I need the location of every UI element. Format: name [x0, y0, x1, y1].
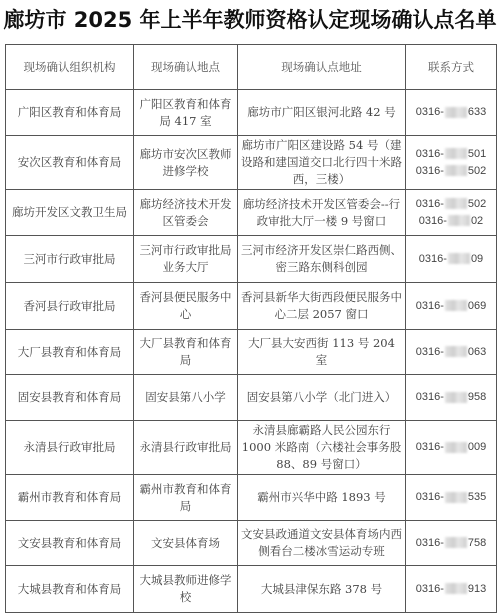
phone-number: 0316-009: [409, 439, 493, 456]
cell-place: 文安县体育场: [134, 521, 238, 566]
phone-suffix: 02: [471, 215, 483, 227]
cell-place: 霸州市教育和体育局: [134, 475, 238, 521]
cell-address: 三河市经济开发区崇仁路西侧、密三路东侧科创园: [238, 236, 406, 283]
cell-org: 文安县教育和体育局: [6, 521, 134, 566]
cell-contact: 0316-758: [406, 521, 497, 566]
phone-suffix: 758: [468, 537, 486, 549]
redacted-digits: [445, 148, 467, 159]
table-row: 大厂县教育和体育局大厂县教育和体育局大厂县大安西街 113 号 204 室031…: [6, 330, 497, 375]
phone-suffix: 502: [468, 198, 486, 210]
phone-prefix: 0316-: [416, 491, 444, 503]
phone-number: 0316-535: [409, 489, 493, 506]
cell-address: 永清县廊霸路人民公园东行 1000 米路南（六楼社会事务股 88、89 号窗口）: [238, 421, 406, 475]
cell-place: 香河县便民服务中心: [134, 283, 238, 330]
phone-number: 0316-09: [409, 251, 493, 268]
cell-contact: 0316-069: [406, 283, 497, 330]
cell-org: 廊坊开发区文教卫生局: [6, 190, 134, 236]
cell-org: 永清县行政审批局: [6, 421, 134, 475]
redacted-digits: [445, 392, 467, 403]
header-org: 现场确认组织机构: [6, 45, 134, 90]
table-row: 安次区教育和体育局廊坊市安次区教师进修学校廊坊市广阳区建设路 54 号（建设路和…: [6, 136, 497, 190]
cell-address: 香河县新华大街西段便民服务中心二层 2057 窗口: [238, 283, 406, 330]
phone-suffix: 535: [468, 491, 486, 503]
cell-contact: 0316-633: [406, 90, 497, 136]
phone-number: 0316-758: [409, 535, 493, 552]
phone-suffix: 063: [468, 346, 486, 358]
phone-number: 0316-913: [409, 581, 493, 598]
phone-suffix: 633: [468, 106, 486, 118]
cell-contact: 0316-5020316-02: [406, 190, 497, 236]
cell-place: 永清县行政审批局: [134, 421, 238, 475]
cell-place: 三河市行政审批局业务大厅: [134, 236, 238, 283]
phone-number: 0316-502: [409, 163, 493, 180]
cell-org: 大厂县教育和体育局: [6, 330, 134, 375]
phone-prefix: 0316-: [416, 106, 444, 118]
cell-place: 廊坊市安次区教师进修学校: [134, 136, 238, 190]
redacted-digits: [445, 442, 467, 453]
redacted-digits: [445, 346, 467, 357]
header-address: 现场确认点地址: [238, 45, 406, 90]
table-row: 固安县教育和体育局固安县第八小学固安县第八小学（北门进入）0316-958: [6, 375, 497, 421]
phone-prefix: 0316-: [416, 165, 444, 177]
table-row: 广阳区教育和体育局广阳区教育和体育局 417 室廊坊市广阳区银河北路 42 号0…: [6, 90, 497, 136]
header-contact: 联系方式: [406, 45, 497, 90]
phone-suffix: 913: [468, 583, 486, 595]
phone-prefix: 0316-: [416, 537, 444, 549]
redacted-digits: [445, 583, 467, 594]
phone-suffix: 501: [468, 148, 486, 160]
phone-prefix: 0316-: [416, 583, 444, 595]
phone-number: 0316-063: [409, 344, 493, 361]
cell-address: 廊坊市广阳区建设路 54 号（建设路和建国道交口北行四十米路西，三楼）: [238, 136, 406, 190]
redacted-digits: [445, 537, 467, 548]
table-row: 廊坊开发区文教卫生局廊坊经济技术开发区管委会廊坊经济技术开发区管委会--行政审批…: [6, 190, 497, 236]
phone-prefix: 0316-: [416, 346, 444, 358]
phone-suffix: 502: [468, 165, 486, 177]
phone-suffix: 09: [471, 253, 483, 265]
table-row: 霸州市教育和体育局霸州市教育和体育局霸州市兴华中路 1893 号0316-535: [6, 475, 497, 521]
redacted-digits: [448, 215, 470, 226]
cell-address: 文安县政通道文安县体育场内西侧看台二楼冰雪运动专班: [238, 521, 406, 566]
cell-contact: 0316-958: [406, 375, 497, 421]
redacted-digits: [445, 492, 467, 503]
redacted-digits: [445, 165, 467, 176]
cell-org: 霸州市教育和体育局: [6, 475, 134, 521]
phone-suffix: 069: [468, 300, 486, 312]
cell-address: 廊坊经济技术开发区管委会--行政审批大厅一楼 9 号窗口: [238, 190, 406, 236]
phone-suffix: 958: [468, 391, 486, 403]
phone-number: 0316-501: [409, 146, 493, 163]
cell-contact: 0316-009: [406, 421, 497, 475]
table-row: 三河市行政审批局三河市行政审批局业务大厅三河市经济开发区崇仁路西侧、密三路东侧科…: [6, 236, 497, 283]
redacted-digits: [448, 253, 470, 264]
phone-prefix: 0316-: [416, 441, 444, 453]
redacted-digits: [445, 198, 467, 209]
page-title: 廊坊市 2025 年上半年教师资格认定现场确认点名单: [0, 4, 500, 34]
cell-place: 大城县教师进修学校: [134, 566, 238, 613]
cell-org: 安次区教育和体育局: [6, 136, 134, 190]
phone-prefix: 0316-: [416, 148, 444, 160]
cell-address: 廊坊市广阳区银河北路 42 号: [238, 90, 406, 136]
phone-prefix: 0316-: [416, 391, 444, 403]
table-header-row: 现场确认组织机构 现场确认地点 现场确认点地址 联系方式: [6, 45, 497, 90]
cell-place: 固安县第八小学: [134, 375, 238, 421]
phone-suffix: 009: [468, 441, 486, 453]
cell-contact: 0316-913: [406, 566, 497, 613]
phone-prefix: 0316-: [419, 253, 447, 265]
cell-org: 广阳区教育和体育局: [6, 90, 134, 136]
cell-address: 固安县第八小学（北门进入）: [238, 375, 406, 421]
table-row: 香河县行政审批局香河县便民服务中心香河县新华大街西段便民服务中心二层 2057 …: [6, 283, 497, 330]
phone-number: 0316-502: [409, 196, 493, 213]
phone-number: 0316-02: [409, 213, 493, 230]
cell-org: 香河县行政审批局: [6, 283, 134, 330]
redacted-digits: [445, 300, 467, 311]
phone-number: 0316-958: [409, 389, 493, 406]
phone-number: 0316-069: [409, 298, 493, 315]
cell-contact: 0316-5010316-502: [406, 136, 497, 190]
phone-prefix: 0316-: [419, 215, 447, 227]
cell-address: 大厂县大安西街 113 号 204 室: [238, 330, 406, 375]
header-place: 现场确认地点: [134, 45, 238, 90]
confirmation-sites-table: 现场确认组织机构 现场确认地点 现场确认点地址 联系方式 广阳区教育和体育局广阳…: [5, 44, 497, 613]
phone-number: 0316-633: [409, 104, 493, 121]
cell-address: 霸州市兴华中路 1893 号: [238, 475, 406, 521]
cell-contact: 0316-063: [406, 330, 497, 375]
cell-contact: 0316-535: [406, 475, 497, 521]
cell-address: 大城县津保东路 378 号: [238, 566, 406, 613]
table-row: 大城县教育和体育局大城县教师进修学校大城县津保东路 378 号0316-913: [6, 566, 497, 613]
redacted-digits: [445, 107, 467, 118]
cell-org: 三河市行政审批局: [6, 236, 134, 283]
table-row: 永清县行政审批局永清县行政审批局永清县廊霸路人民公园东行 1000 米路南（六楼…: [6, 421, 497, 475]
cell-place: 广阳区教育和体育局 417 室: [134, 90, 238, 136]
cell-place: 大厂县教育和体育局: [134, 330, 238, 375]
cell-place: 廊坊经济技术开发区管委会: [134, 190, 238, 236]
phone-prefix: 0316-: [416, 198, 444, 210]
cell-org: 大城县教育和体育局: [6, 566, 134, 613]
cell-org: 固安县教育和体育局: [6, 375, 134, 421]
table-row: 文安县教育和体育局文安县体育场文安县政通道文安县体育场内西侧看台二楼冰雪运动专班…: [6, 521, 497, 566]
cell-contact: 0316-09: [406, 236, 497, 283]
phone-prefix: 0316-: [416, 300, 444, 312]
